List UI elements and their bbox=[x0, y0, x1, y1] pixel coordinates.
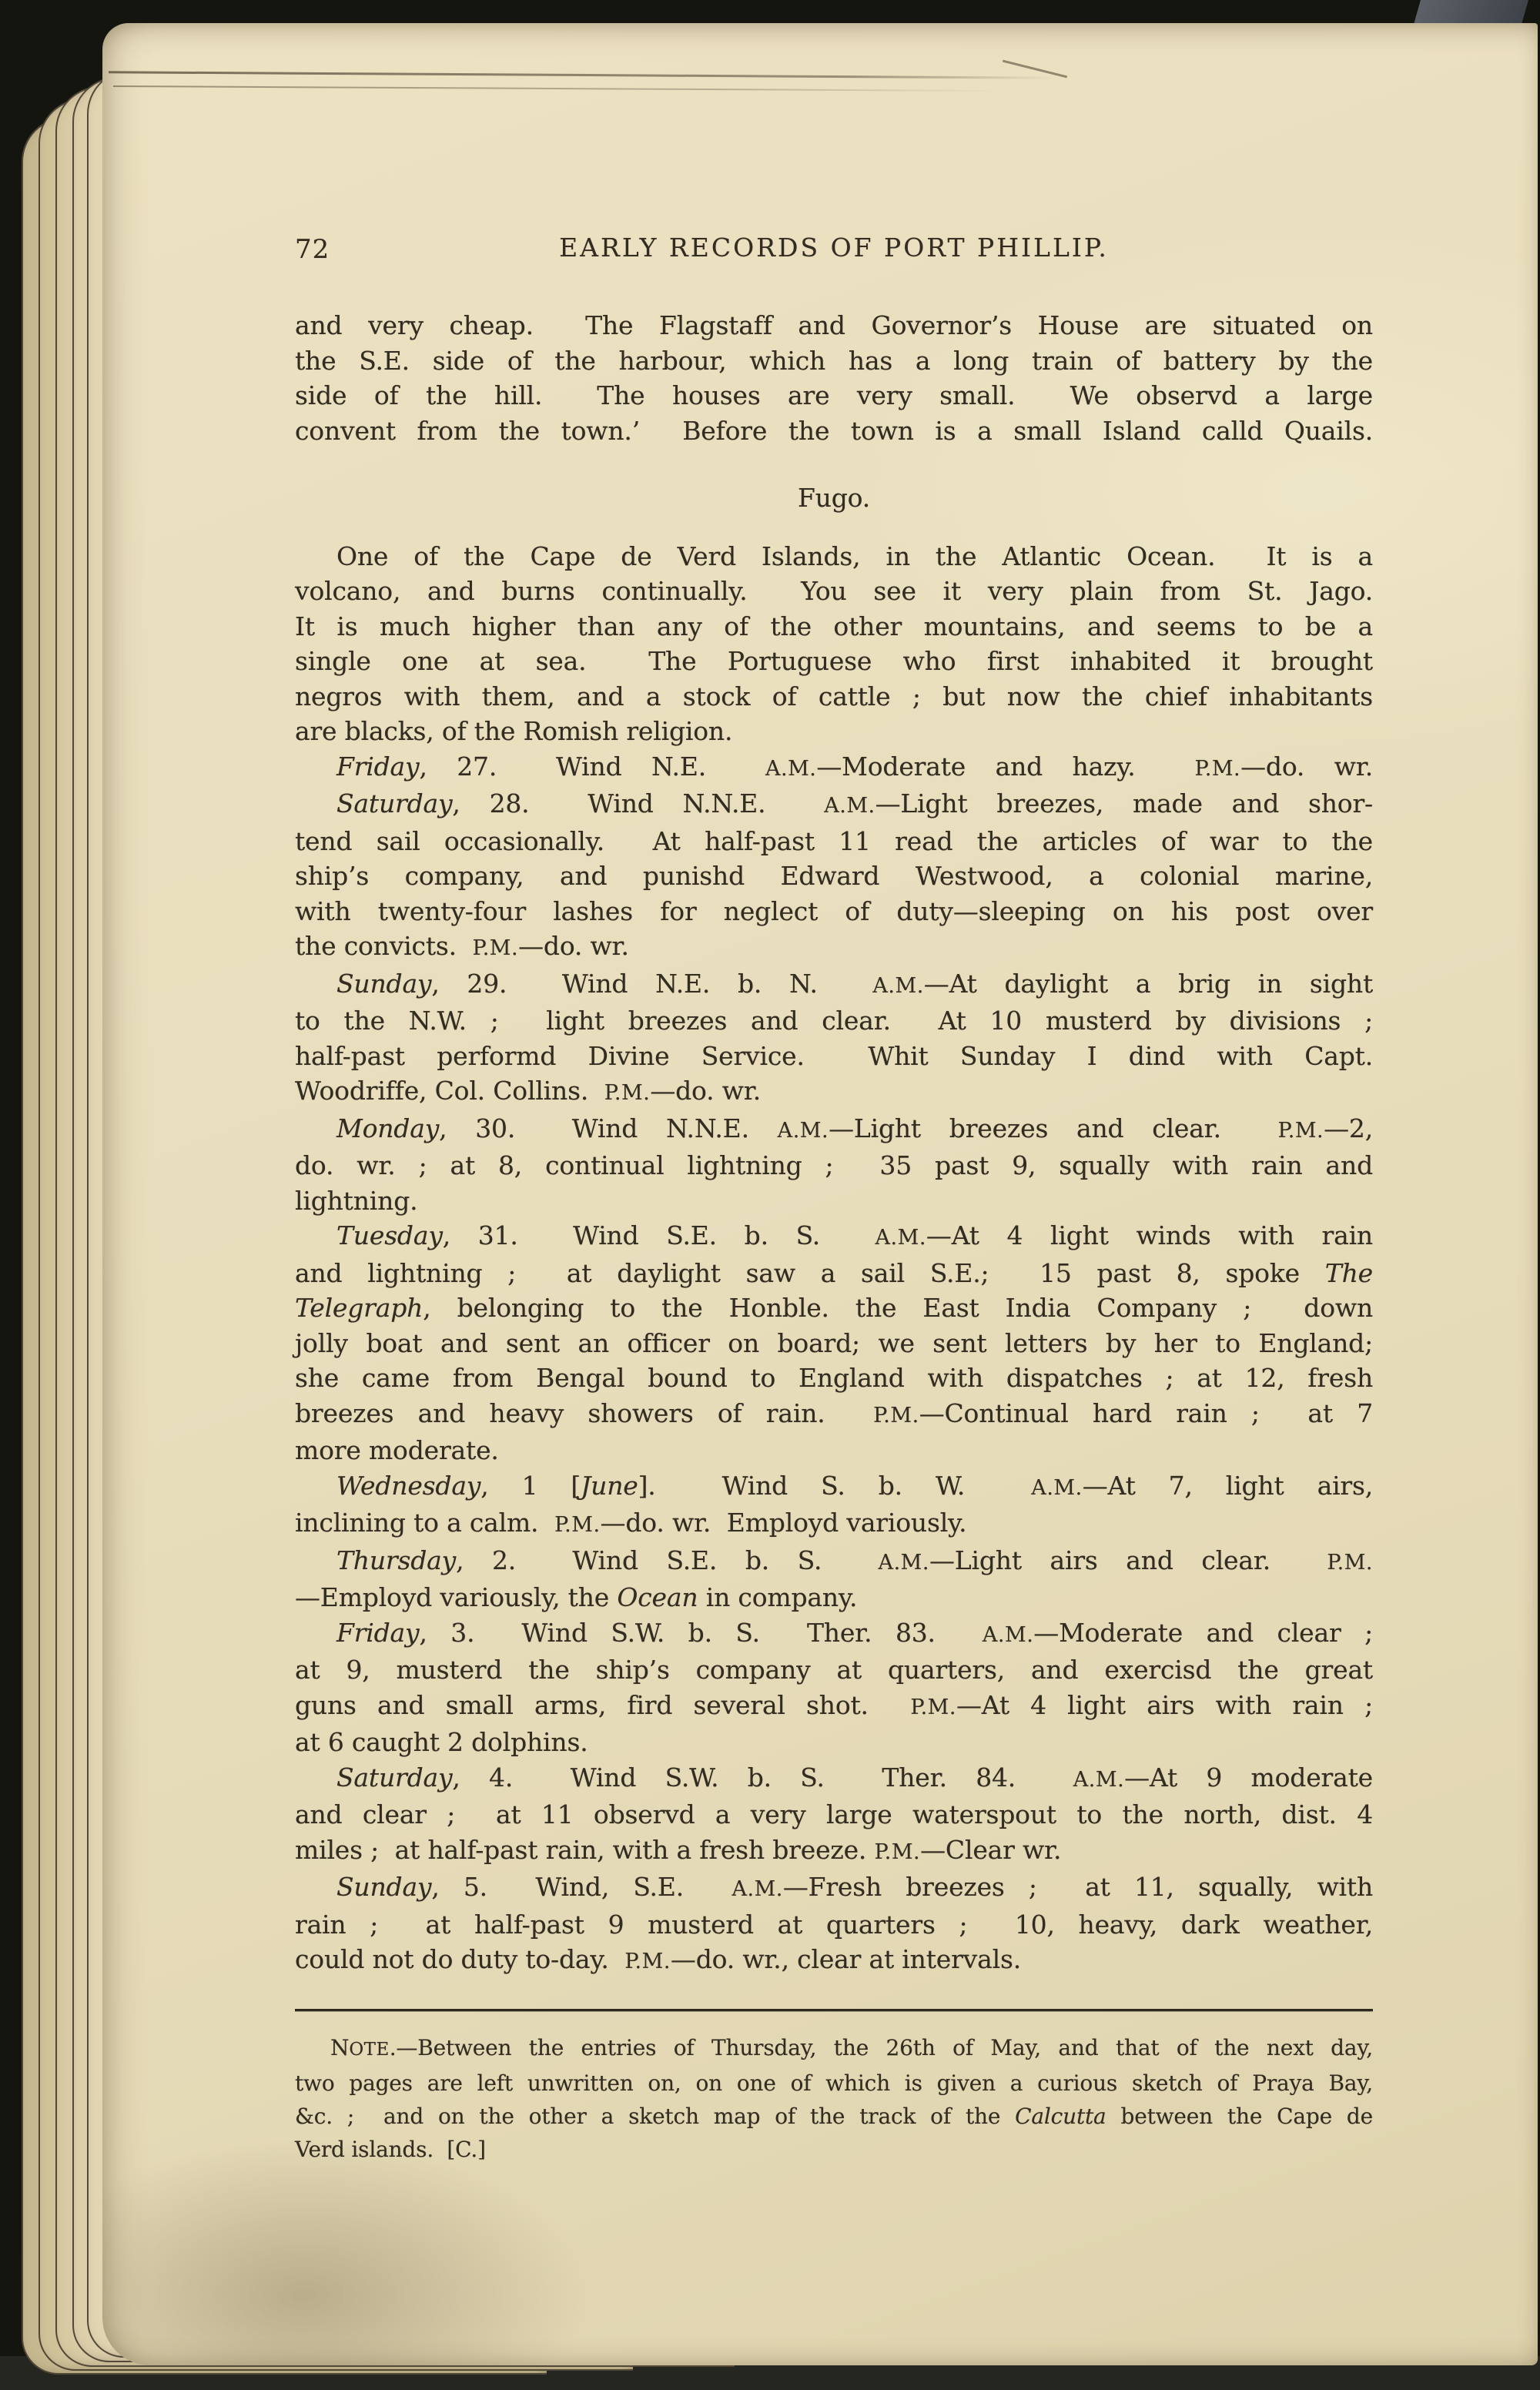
page-top-crease-hook bbox=[1003, 60, 1067, 79]
paragraph: Saturday, 4. Wind S.W. b. S. Ther. 84. A… bbox=[295, 1760, 1373, 1870]
text-line: side of the hill. The houses are very sm… bbox=[295, 378, 1373, 413]
text-line: the S.E. side of the harbour, which has … bbox=[295, 343, 1373, 379]
page-top-crease bbox=[113, 85, 999, 92]
running-head-row: 72 EARLY RECORDS OF PORT PHILLIP. bbox=[295, 233, 1373, 265]
paragraph: Tuesday, 31. Wind S.E. b. S. A.M.—At 4 l… bbox=[295, 1218, 1373, 1468]
text-line: Wednesday, 1 [June]. Wind S. b. W. A.M.—… bbox=[295, 1468, 1373, 1506]
text-line: NOTE.—Between the entries of Thursday, t… bbox=[295, 2031, 1373, 2067]
text-line: miles ; at half-past rain, with a fresh … bbox=[295, 1833, 1373, 1870]
text-line: Saturday, 28. Wind N.N.E. A.M.—Light bre… bbox=[295, 786, 1373, 824]
text-line: One of the Cape de Verd Islands, in the … bbox=[295, 539, 1373, 574]
text-line: Verd islands. [C.] bbox=[295, 2133, 1373, 2166]
paragraph: One of the Cape de Verd Islands, in the … bbox=[295, 539, 1373, 749]
text-line: and very cheap. The Flagstaff and Govern… bbox=[295, 308, 1373, 343]
text-line: Friday, 27. Wind N.E. A.M.—Moderate and … bbox=[295, 749, 1373, 787]
text-line: breezes and heavy showers of rain. P.M.—… bbox=[295, 1396, 1373, 1434]
page-number: 72 bbox=[295, 234, 330, 265]
text-line: Saturday, 4. Wind S.W. b. S. Ther. 84. A… bbox=[295, 1760, 1373, 1798]
text-line: It is much higher than any of the other … bbox=[295, 609, 1373, 644]
paragraph: Monday, 30. Wind N.N.E. A.M.—Light breez… bbox=[295, 1111, 1373, 1219]
text-line: volcano, and burns continually. You see … bbox=[295, 574, 1373, 609]
text-line: —Employd variously, the Ocean in company… bbox=[295, 1580, 1373, 1615]
text-line: lightning. bbox=[295, 1183, 1373, 1219]
text-line: inclining to a calm. P.M.—do. wr. Employ… bbox=[295, 1505, 1373, 1543]
footnote-rule bbox=[295, 2009, 1373, 2011]
footnote: NOTE.—Between the entries of Thursday, t… bbox=[295, 2031, 1373, 2166]
text-line: at 6 caught 2 dolphins. bbox=[295, 1725, 1373, 1760]
text-line: and lightning ; at daylight saw a sail S… bbox=[295, 1256, 1373, 1291]
text-block: 72 EARLY RECORDS OF PORT PHILLIP. and ve… bbox=[295, 233, 1373, 2166]
text-line: half-past performd Divine Service. Whit … bbox=[295, 1039, 1373, 1074]
paragraph: Saturday, 28. Wind N.N.E. A.M.—Light bre… bbox=[295, 786, 1373, 966]
text-line: two pages are left unwritten on, on one … bbox=[295, 2067, 1373, 2100]
text-line: Tuesday, 31. Wind S.E. b. S. A.M.—At 4 l… bbox=[295, 1218, 1373, 1256]
text-line: guns and small arms, fird several shot. … bbox=[295, 1688, 1373, 1726]
text-line: Monday, 30. Wind N.N.E. A.M.—Light breez… bbox=[295, 1111, 1373, 1149]
paragraph: Friday, 27. Wind N.E. A.M.—Moderate and … bbox=[295, 749, 1373, 787]
text-line: could not do duty to-day. P.M.—do. wr., … bbox=[295, 1942, 1373, 1980]
paragraph: Sunday, 29. Wind N.E. b. N. A.M.—At dayl… bbox=[295, 966, 1373, 1111]
paragraph: Wednesday, 1 [June]. Wind S. b. W. A.M.—… bbox=[295, 1468, 1373, 1543]
section-heading: Fugo. bbox=[295, 480, 1373, 516]
text-line: Sunday, 29. Wind N.E. b. N. A.M.—At dayl… bbox=[295, 966, 1373, 1004]
page-top-crease bbox=[109, 71, 1056, 79]
paragraph: Thursday, 2. Wind S.E. b. S. A.M.—Light … bbox=[295, 1543, 1373, 1615]
text-line: &c. ; and on the other a sketch map of t… bbox=[295, 2100, 1373, 2133]
text-line: Telegraph, belonging to the Honble. the … bbox=[295, 1290, 1373, 1326]
text-line: Friday, 3. Wind S.W. b. S. Ther. 83. A.M… bbox=[295, 1615, 1373, 1653]
book-page: 72 EARLY RECORDS OF PORT PHILLIP. and ve… bbox=[102, 23, 1538, 2365]
text-line: the convicts. P.M.—do. wr. bbox=[295, 929, 1373, 966]
body-text: and very cheap. The Flagstaff and Govern… bbox=[295, 308, 1373, 1980]
text-line: with twenty-four lashes for neglect of d… bbox=[295, 894, 1373, 929]
text-line: she came from Bengal bound to England wi… bbox=[295, 1361, 1373, 1396]
text-line: rain ; at half-past 9 musterd at quarter… bbox=[295, 1907, 1373, 1943]
text-line: more moderate. bbox=[295, 1433, 1373, 1468]
text-line: Thursday, 2. Wind S.E. b. S. A.M.—Light … bbox=[295, 1543, 1373, 1581]
text-line: Sunday, 5. Wind, S.E. A.M.—Fresh breezes… bbox=[295, 1869, 1373, 1907]
text-line: negros with them, and a stock of cattle … bbox=[295, 679, 1373, 715]
scanned-book-photo: 72 EARLY RECORDS OF PORT PHILLIP. and ve… bbox=[0, 0, 1540, 2390]
text-line: to the N.W. ; light breezes and clear. A… bbox=[295, 1003, 1373, 1039]
text-line: are blacks, of the Romish religion. bbox=[295, 714, 1373, 749]
text-line: and clear ; at 11 observd a very large w… bbox=[295, 1797, 1373, 1833]
text-line: at 9, musterd the ship’s company at quar… bbox=[295, 1652, 1373, 1688]
running-header: EARLY RECORDS OF PORT PHILLIP. bbox=[295, 233, 1373, 263]
text-line: tend sail occasionally. At half-past 11 … bbox=[295, 824, 1373, 859]
text-line: Woodriffe, Col. Collins. P.M.—do. wr. bbox=[295, 1073, 1373, 1111]
paragraph: Sunday, 5. Wind, S.E. A.M.—Fresh breezes… bbox=[295, 1869, 1373, 1980]
text-line: ship’s company, and punishd Edward Westw… bbox=[295, 859, 1373, 894]
text-line: single one at sea. The Portuguese who fi… bbox=[295, 644, 1373, 679]
text-line: convent from the town.’ Before the town … bbox=[295, 413, 1373, 449]
paragraph: and very cheap. The Flagstaff and Govern… bbox=[295, 308, 1373, 448]
paragraph: Friday, 3. Wind S.W. b. S. Ther. 83. A.M… bbox=[295, 1615, 1373, 1760]
text-line: do. wr. ; at 8, continual lightning ; 35… bbox=[295, 1148, 1373, 1183]
text-line: jolly boat and sent an officer on board;… bbox=[295, 1326, 1373, 1361]
